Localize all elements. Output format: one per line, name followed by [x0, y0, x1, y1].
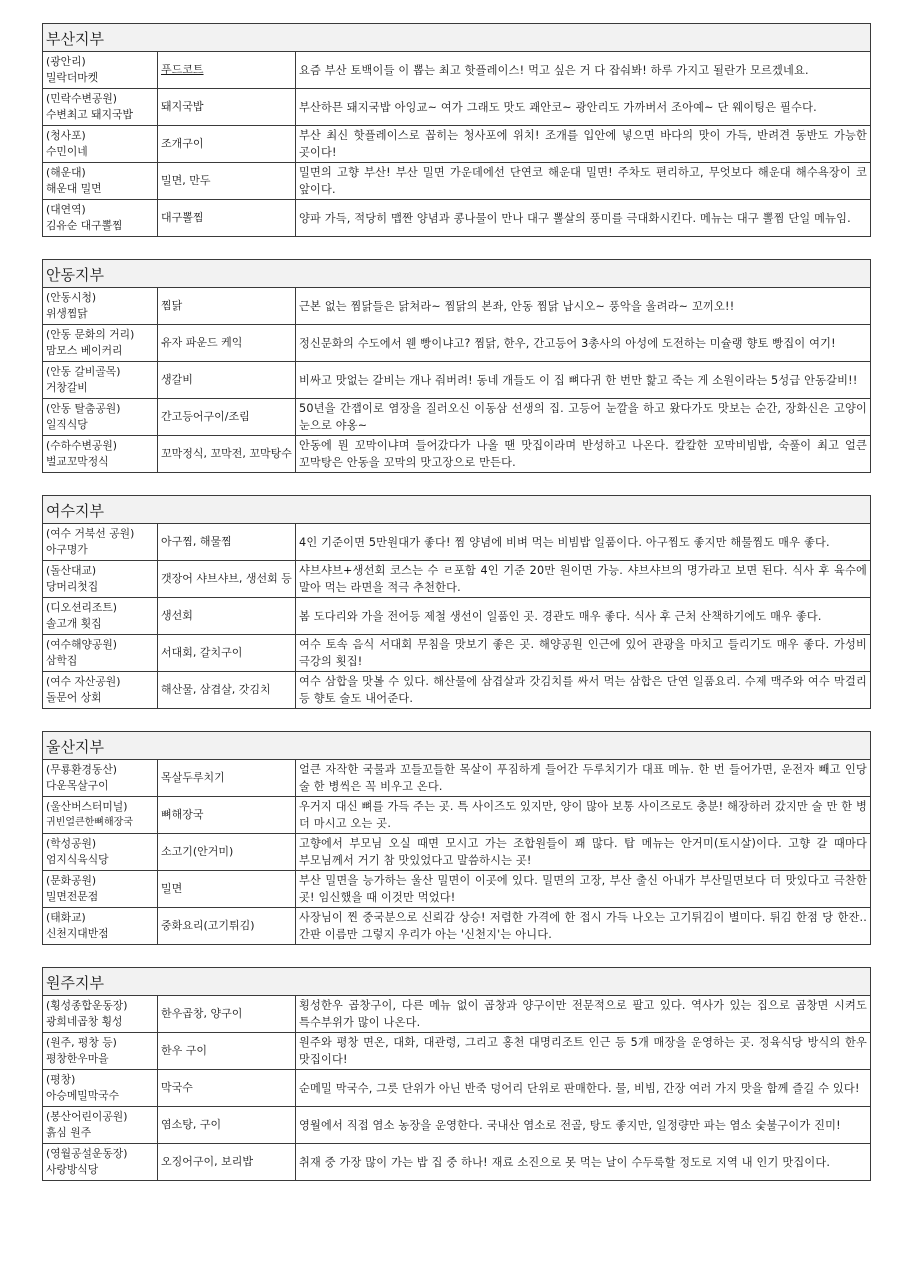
table-row: (민락수변공원) 수변최고 돼지국밥 돼지국밥 부산하믄 돼지국밥 아잉교~ 여…: [43, 89, 871, 126]
menu-cell: 조개구이: [158, 126, 296, 163]
location-cell: (안동 갈비골목) 거창갈비: [43, 362, 158, 399]
restaurant-name: 사랑방식당: [46, 1162, 154, 1178]
branch-title: 여수지부: [43, 496, 871, 524]
menu-cell: 푸드코트: [158, 52, 296, 89]
location-cell: (광안리) 밀락더마켓: [43, 52, 158, 89]
location-cell: (무룡환경동산) 다운목살구이: [43, 760, 158, 797]
restaurant-guide-page: 부산지부 (광안리) 밀락더마켓 푸드코트 요즘 부산 토백이들 이 뽑는 최고…: [42, 23, 870, 1203]
menu-cell: 밀면, 만두: [158, 163, 296, 200]
description-cell: 취재 중 가장 많이 가는 밥 집 중 하나! 재료 소진으로 못 먹는 날이 …: [296, 1144, 871, 1181]
description-cell: 50년을 간잽이로 염장을 질러오신 이동삼 선생의 집. 고등어 눈깔을 하고…: [296, 399, 871, 436]
location-cell: (영월공설운동장) 사랑방식당: [43, 1144, 158, 1181]
restaurant-name: 수민이네: [46, 144, 154, 160]
menu-cell: 생선회: [158, 598, 296, 635]
location-cell: (학성공원) 엄지식육식당: [43, 834, 158, 871]
table-row: (평창) 아승메밀막국수 막국수 순메밀 막국수, 그릇 단위가 아닌 반죽 덩…: [43, 1070, 871, 1107]
area-label: (봉산어린이공원): [46, 1109, 154, 1125]
area-label: (안동 문화의 거리): [46, 327, 154, 343]
menu-cell: 오징어구이, 보리밥: [158, 1144, 296, 1181]
location-cell: (평창) 아승메밀막국수: [43, 1070, 158, 1107]
area-label: (안동 갈비골목): [46, 364, 154, 380]
menu-cell: 염소탕, 구이: [158, 1107, 296, 1144]
table-row: (태화교) 신천지대반점 중화요리(고기튀김) 사장님이 찐 중국분으로 신뢰감…: [43, 908, 871, 945]
location-cell: (안동 탈춤공원) 일직식당: [43, 399, 158, 436]
location-cell: (태화교) 신천지대반점: [43, 908, 158, 945]
table-row: (안동 탈춤공원) 일직식당 간고등어구이/조림 50년을 간잽이로 염장을 질…: [43, 399, 871, 436]
description-cell: 요즘 부산 토백이들 이 뽑는 최고 핫플레이스! 먹고 싶은 거 다 잡숴봐!…: [296, 52, 871, 89]
branch-table-busan: 부산지부 (광안리) 밀락더마켓 푸드코트 요즘 부산 토백이들 이 뽑는 최고…: [42, 23, 871, 237]
menu-cell: 돼지국밥: [158, 89, 296, 126]
menu-cell: 밀면: [158, 871, 296, 908]
table-row: (문화공원) 밀면전문점 밀면 부산 밀면을 능가하는 울산 밀면이 이곳에 있…: [43, 871, 871, 908]
table-row: (울산버스터미널) 귀빈얼큰한뼈해장국 뼈해장국 우거지 대신 뼈를 가득 주는…: [43, 797, 871, 834]
table-row: (여수해양공원) 삼학집 서대회, 갈치구이 여수 토속 음식 서대회 무침을 …: [43, 635, 871, 672]
area-label: (민락수변공원): [46, 91, 154, 107]
restaurant-name: 돌문어 상회: [46, 690, 154, 706]
area-label: (청사포): [46, 128, 154, 144]
menu-cell: 막국수: [158, 1070, 296, 1107]
area-label: (횡성종합운동장): [46, 998, 154, 1014]
restaurant-name: 김유순 대구뽈찜: [46, 218, 154, 234]
restaurant-name: 신천지대반점: [46, 926, 154, 942]
location-cell: (민락수변공원) 수변최고 돼지국밥: [43, 89, 158, 126]
menu-cell: 뼈해장국: [158, 797, 296, 834]
location-cell: (수하수변공원) 벌교꼬막정식: [43, 436, 158, 473]
description-cell: 부산 밀면을 능가하는 울산 밀면이 이곳에 있다. 밀면의 고장, 부산 출신…: [296, 871, 871, 908]
description-cell: 고향에서 부모님 오실 때면 모시고 가는 조합원들이 꽤 많다. 탑 메뉴는 …: [296, 834, 871, 871]
description-cell: 봄 도다리와 가을 전어등 제철 생선이 일품인 곳. 경관도 매우 좋다. 식…: [296, 598, 871, 635]
menu-cell: 꼬막정식, 꼬막전, 꼬막탕수: [158, 436, 296, 473]
description-cell: 비싸고 맛없는 갈비는 개나 줘버려! 동네 개들도 이 집 뼈다귀 한 번만 …: [296, 362, 871, 399]
description-cell: 우거지 대신 뼈를 가득 주는 곳. 특 사이즈도 있지만, 양이 많아 보통 …: [296, 797, 871, 834]
table-row: (안동 갈비골목) 거창갈비 생갈비 비싸고 맛없는 갈비는 개나 줘버려! 동…: [43, 362, 871, 399]
area-label: (태화교): [46, 910, 154, 926]
table-row: (학성공원) 엄지식육식당 소고기(안거미) 고향에서 부모님 오실 때면 모시…: [43, 834, 871, 871]
restaurant-name: 밀면전문점: [46, 889, 154, 905]
table-row: (안동시청) 위생찜닭 찜닭 근본 없는 찜닭들은 닭쳐라~ 찜닭의 본좌, 안…: [43, 288, 871, 325]
location-cell: (여수 거북선 공원) 아구명가: [43, 524, 158, 561]
menu-cell: 아구찜, 해물찜: [158, 524, 296, 561]
branch-title: 안동지부: [43, 260, 871, 288]
area-label: (여수해양공원): [46, 637, 154, 653]
restaurant-name: 당머리첫집: [46, 579, 154, 595]
table-row: (무룡환경동산) 다운목살구이 목살두루치기 얼큰 자작한 국물과 꼬들꼬들한 …: [43, 760, 871, 797]
area-label: (울산버스터미널): [46, 799, 154, 815]
area-label: (평창): [46, 1072, 154, 1088]
menu-cell: 갯장어 샤브샤브, 생선회 등: [158, 561, 296, 598]
restaurant-name: 위생찜닭: [46, 306, 154, 322]
menu-cell: 중화요리(고기튀김): [158, 908, 296, 945]
table-row: (여수 거북선 공원) 아구명가 아구찜, 해물찜 4인 기준이면 5만원대가 …: [43, 524, 871, 561]
description-cell: 순메밀 막국수, 그릇 단위가 아닌 반죽 덩어리 단위로 판매한다. 물, 비…: [296, 1070, 871, 1107]
table-row: (청사포) 수민이네 조개구이 부산 최신 핫플레이스로 꼽히는 청사포에 위치…: [43, 126, 871, 163]
menu-cell: 생갈비: [158, 362, 296, 399]
location-cell: (청사포) 수민이네: [43, 126, 158, 163]
location-cell: (울산버스터미널) 귀빈얼큰한뼈해장국: [43, 797, 158, 834]
location-cell: (안동시청) 위생찜닭: [43, 288, 158, 325]
restaurant-name: 평창한우마을: [46, 1051, 154, 1067]
description-cell: 영월에서 직접 염소 농장을 운영한다. 국내산 염소로 전골, 탕도 좋지만,…: [296, 1107, 871, 1144]
description-cell: 정신문화의 수도에서 웬 빵이냐고? 찜닭, 한우, 간고등어 3총사의 아성에…: [296, 325, 871, 362]
branch-table-andong: 안동지부 (안동시청) 위생찜닭 찜닭 근본 없는 찜닭들은 닭쳐라~ 찜닭의 …: [42, 259, 871, 473]
table-row: (영월공설운동장) 사랑방식당 오징어구이, 보리밥 취재 중 가장 많이 가는…: [43, 1144, 871, 1181]
branch-table-ulsan: 울산지부 (무룡환경동산) 다운목살구이 목살두루치기 얼큰 자작한 국물과 꼬…: [42, 731, 871, 945]
restaurant-name: 거창갈비: [46, 380, 154, 396]
location-cell: (문화공원) 밀면전문점: [43, 871, 158, 908]
menu-cell: 한우 구이: [158, 1033, 296, 1070]
branch-title: 울산지부: [43, 732, 871, 760]
location-cell: (해운대) 해운대 밀면: [43, 163, 158, 200]
table-row: (돌산대교) 당머리첫집 갯장어 샤브샤브, 생선회 등 샤브샤브+생선회 코스…: [43, 561, 871, 598]
restaurant-name: 수변최고 돼지국밥: [46, 107, 154, 123]
description-cell: 원주와 평창 면온, 대화, 대관령, 그리고 홍천 대명리조트 인근 등 5개…: [296, 1033, 871, 1070]
menu-cell: 소고기(안거미): [158, 834, 296, 871]
area-label: (영월공설운동장): [46, 1146, 154, 1162]
area-label: (무룡환경동산): [46, 762, 154, 778]
branch-table-yeosu: 여수지부 (여수 거북선 공원) 아구명가 아구찜, 해물찜 4인 기준이면 5…: [42, 495, 871, 709]
menu-cell: 서대회, 갈치구이: [158, 635, 296, 672]
location-cell: (디오션리조트) 솔고개 횟집: [43, 598, 158, 635]
restaurant-name: 아구명가: [46, 542, 154, 558]
menu-cell: 한우곱창, 양구이: [158, 996, 296, 1033]
table-row: (봉산어린이공원) 흙심 원주 염소탕, 구이 영월에서 직접 염소 농장을 운…: [43, 1107, 871, 1144]
location-cell: (대연역) 김유순 대구뽈찜: [43, 200, 158, 237]
area-label: (수하수변공원): [46, 438, 154, 454]
menu-cell: 찜닭: [158, 288, 296, 325]
description-cell: 양파 가득, 적당히 맵짠 양념과 콩나물이 만나 대구 뽈살의 풍미를 극대화…: [296, 200, 871, 237]
restaurant-name: 엄지식육식당: [46, 852, 154, 868]
description-cell: 샤브샤브+생선회 코스는 수 ㄹ포함 4인 기준 20만 원이면 가능. 샤브샤…: [296, 561, 871, 598]
table-row: (디오션리조트) 솔고개 횟집 생선회 봄 도다리와 가을 전어등 제철 생선이…: [43, 598, 871, 635]
branch-table-wonju: 원주지부 (횡성종합운동장) 광희네곱창 횡성 한우곱창, 양구이 횡성한우 곱…: [42, 967, 871, 1181]
table-row: (안동 문화의 거리) 맘모스 베이커리 유자 파운드 케익 정신문화의 수도에…: [43, 325, 871, 362]
area-label: (대연역): [46, 202, 154, 218]
location-cell: (여수해양공원) 삼학집: [43, 635, 158, 672]
table-row: (수하수변공원) 벌교꼬막정식 꼬막정식, 꼬막전, 꼬막탕수 안동에 뭔 꼬막…: [43, 436, 871, 473]
restaurant-name: 벌교꼬막정식: [46, 454, 154, 470]
table-row: (여수 자산공원) 돌문어 상회 해산물, 삼겹살, 갓김치 여수 삼합을 맛볼…: [43, 672, 871, 709]
table-row: (원주, 평창 등) 평창한우마을 한우 구이 원주와 평창 면온, 대화, 대…: [43, 1033, 871, 1070]
location-cell: (돌산대교) 당머리첫집: [43, 561, 158, 598]
branch-title: 부산지부: [43, 24, 871, 52]
location-cell: (여수 자산공원) 돌문어 상회: [43, 672, 158, 709]
restaurant-name: 맘모스 베이커리: [46, 343, 154, 359]
menu-text: 푸드코트: [161, 63, 204, 76]
menu-cell: 유자 파운드 케익: [158, 325, 296, 362]
location-cell: (봉산어린이공원) 흙심 원주: [43, 1107, 158, 1144]
restaurant-name: 삼학집: [46, 653, 154, 669]
restaurant-name: 귀빈얼큰한뼈해장국: [46, 815, 154, 831]
table-row: (대연역) 김유순 대구뽈찜 대구뽈찜 양파 가득, 적당히 맵짠 양념과 콩나…: [43, 200, 871, 237]
menu-cell: 대구뽈찜: [158, 200, 296, 237]
description-cell: 안동에 뭔 꼬막이냐며 들어갔다가 나올 땐 맛집이라며 반성하고 나온다. 칼…: [296, 436, 871, 473]
description-cell: 부산 최신 핫플레이스로 꼽히는 청사포에 위치! 조개를 입안에 넣으면 바다…: [296, 126, 871, 163]
menu-cell: 간고등어구이/조림: [158, 399, 296, 436]
description-cell: 여수 삼합을 맛볼 수 있다. 해산물에 삼겹살과 갓김치를 싸서 먹는 삼합은…: [296, 672, 871, 709]
area-label: (안동 탈춤공원): [46, 401, 154, 417]
table-row: (광안리) 밀락더마켓 푸드코트 요즘 부산 토백이들 이 뽑는 최고 핫플레이…: [43, 52, 871, 89]
description-cell: 4인 기준이면 5만원대가 좋다! 찜 양념에 비벼 먹는 비빔밥 일품이다. …: [296, 524, 871, 561]
area-label: (여수 거북선 공원): [46, 526, 154, 542]
restaurant-name: 일직식당: [46, 417, 154, 433]
table-row: (해운대) 해운대 밀면 밀면, 만두 밀면의 고향 부산! 부산 밀면 가운데…: [43, 163, 871, 200]
location-cell: (원주, 평창 등) 평창한우마을: [43, 1033, 158, 1070]
area-label: (광안리): [46, 54, 154, 70]
restaurant-name: 해운대 밀면: [46, 181, 154, 197]
table-row: (횡성종합운동장) 광희네곱창 횡성 한우곱창, 양구이 횡성한우 곱창구이, …: [43, 996, 871, 1033]
area-label: (돌산대교): [46, 563, 154, 579]
area-label: (디오션리조트): [46, 600, 154, 616]
restaurant-name: 광희네곱창 횡성: [46, 1014, 154, 1030]
description-cell: 밀면의 고향 부산! 부산 밀면 가운데에선 단연코 해운대 밀면! 주차도 편…: [296, 163, 871, 200]
description-cell: 근본 없는 찜닭들은 닭쳐라~ 찜닭의 본좌, 안동 찜닭 납시오~ 풍악을 울…: [296, 288, 871, 325]
restaurant-name: 다운목살구이: [46, 778, 154, 794]
description-cell: 횡성한우 곱창구이, 다른 메뉴 없이 곱창과 양구이만 전문적으로 팔고 있다…: [296, 996, 871, 1033]
restaurant-name: 흙심 원주: [46, 1125, 154, 1141]
area-label: (원주, 평창 등): [46, 1035, 154, 1051]
location-cell: (안동 문화의 거리) 맘모스 베이커리: [43, 325, 158, 362]
branch-title: 원주지부: [43, 968, 871, 996]
area-label: (학성공원): [46, 836, 154, 852]
description-cell: 얼큰 자작한 국물과 꼬들꼬들한 목살이 푸짐하게 들어간 두루치기가 대표 메…: [296, 760, 871, 797]
restaurant-name: 솔고개 횟집: [46, 616, 154, 632]
restaurant-name: 밀락더마켓: [46, 70, 154, 86]
description-cell: 부산하믄 돼지국밥 아잉교~ 여가 그래도 맛도 괘안코~ 광안리도 가까버서 …: [296, 89, 871, 126]
menu-cell: 목살두루치기: [158, 760, 296, 797]
menu-cell: 해산물, 삼겹살, 갓김치: [158, 672, 296, 709]
area-label: (안동시청): [46, 290, 154, 306]
description-cell: 여수 토속 음식 서대회 무침을 맛보기 좋은 곳. 해양공원 인근에 있어 관…: [296, 635, 871, 672]
description-cell: 사장님이 찐 중국분으로 신뢰감 상승! 저렴한 가격에 한 접시 가득 나오는…: [296, 908, 871, 945]
location-cell: (횡성종합운동장) 광희네곱창 횡성: [43, 996, 158, 1033]
restaurant-name: 아승메밀막국수: [46, 1088, 154, 1104]
area-label: (해운대): [46, 165, 154, 181]
area-label: (여수 자산공원): [46, 674, 154, 690]
area-label: (문화공원): [46, 873, 154, 889]
